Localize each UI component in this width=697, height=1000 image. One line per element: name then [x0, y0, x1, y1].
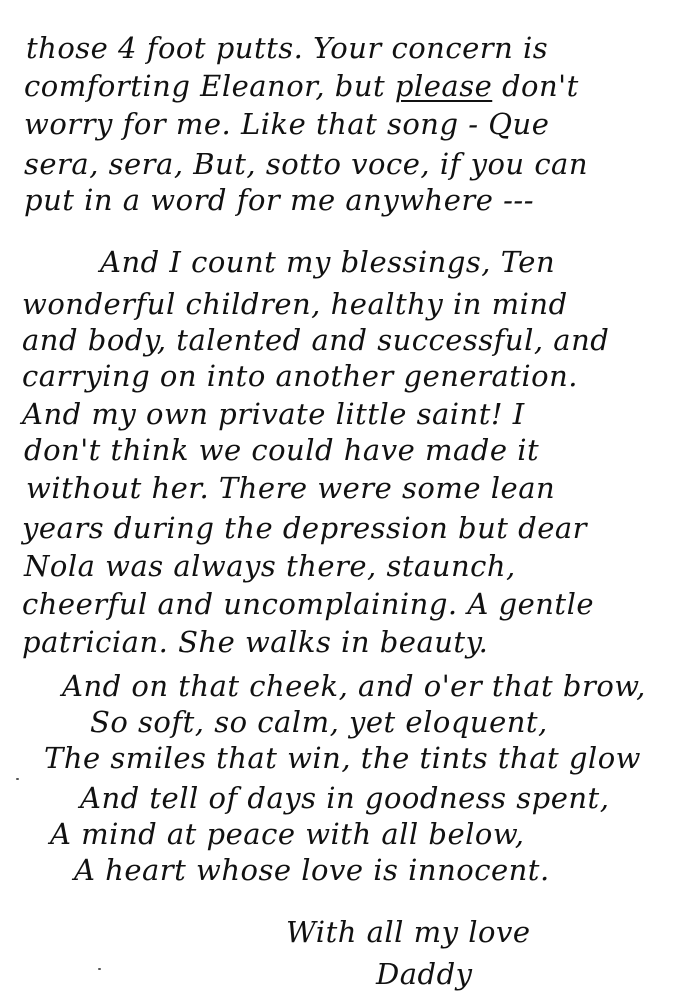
- letter-line: And I count my blessings, Ten: [100, 248, 555, 277]
- letter-line: cheerful and uncomplaining. A gentle: [22, 590, 594, 619]
- poem-line: A mind at peace with all below,: [50, 820, 524, 849]
- letter-line: don't think we could have made it: [24, 436, 539, 465]
- letter-line: put in a word for me anywhere ---: [24, 186, 534, 215]
- poem-line: A heart whose love is innocent.: [74, 856, 550, 885]
- poem-line: The smiles that win, the tints that glow: [44, 744, 641, 773]
- letter-page: those 4 foot putts. Your concern is comf…: [0, 0, 697, 1000]
- closing-line: With all my love: [286, 918, 531, 947]
- letter-line: years during the depression but dear: [22, 514, 587, 543]
- poem-line: And on that cheek, and o'er that brow,: [62, 672, 646, 701]
- letter-line: and body, talented and successful, and: [22, 326, 609, 355]
- letter-line: comforting Eleanor, but please don't: [24, 72, 579, 101]
- letter-line: sera, sera, But, sotto voce, if you can: [24, 150, 588, 179]
- poem-line: So soft, so calm, yet eloquent,: [90, 708, 548, 737]
- letter-text: comforting Eleanor, but: [24, 69, 395, 103]
- signature: Daddy: [376, 960, 473, 989]
- letter-line: without her. There were some lean: [26, 474, 555, 503]
- letter-text: don't: [492, 69, 579, 103]
- scan-speck: [98, 968, 101, 970]
- letter-line: patrician. She walks in beauty.: [22, 628, 488, 657]
- letter-line: And my own private little saint! I: [22, 400, 525, 429]
- letter-line: carrying on into another generation.: [22, 362, 578, 391]
- poem-line: And tell of days in goodness spent,: [80, 784, 609, 813]
- underlined-word: please: [395, 69, 492, 103]
- letter-line: those 4 foot putts. Your concern is: [26, 34, 548, 63]
- letter-line: worry for me. Like that song - Que: [24, 110, 549, 139]
- letter-line: Nola was always there, staunch,: [24, 552, 516, 581]
- scan-speck: [16, 778, 19, 780]
- letter-line: wonderful children, healthy in mind: [22, 290, 568, 319]
